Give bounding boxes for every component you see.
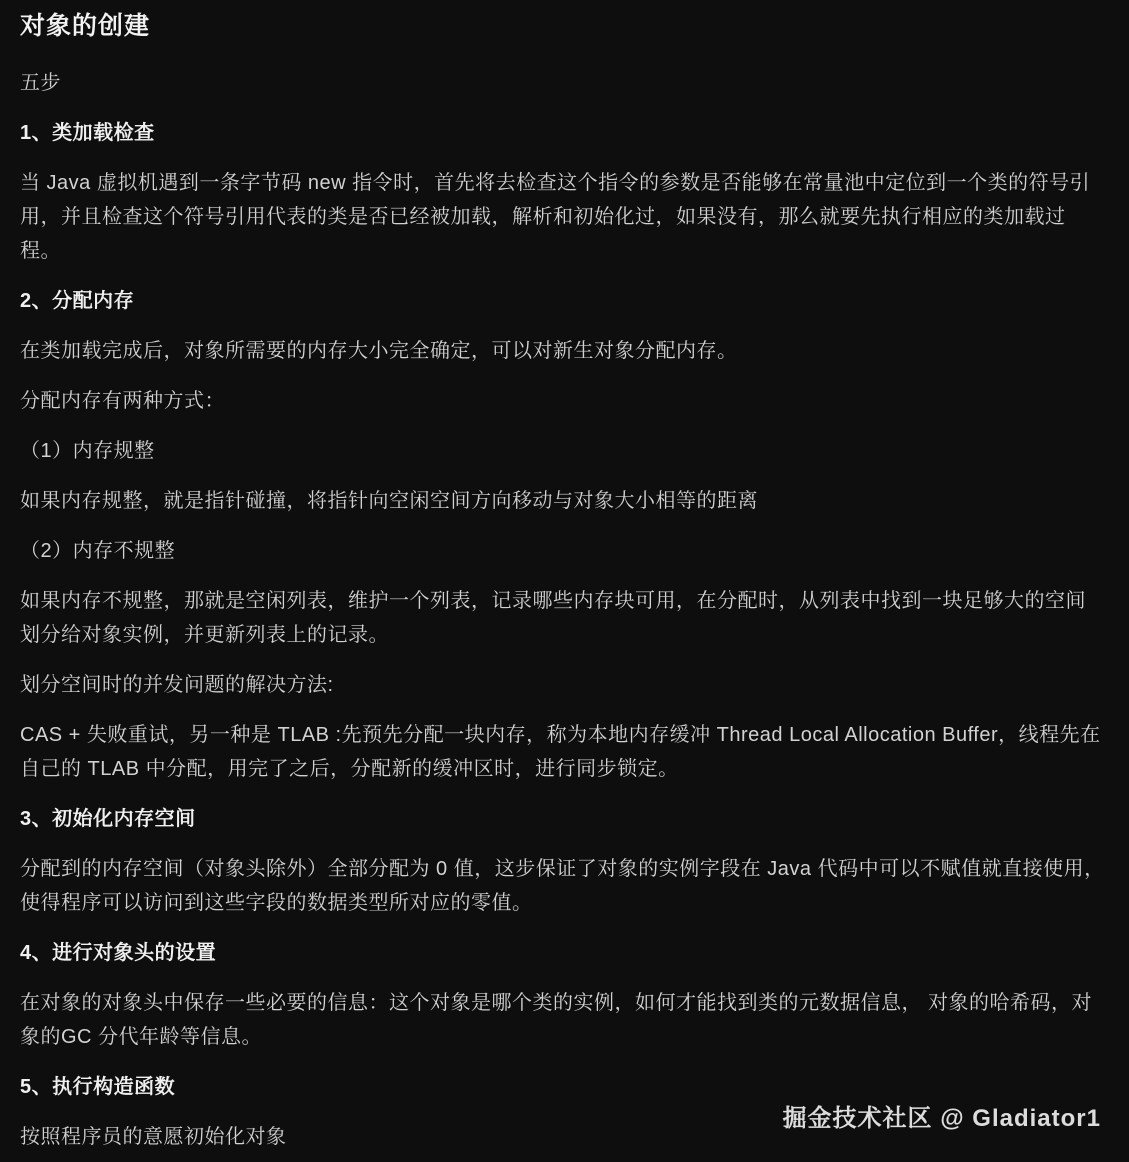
document-page: 对象的创建 五步 1、类加载检查 当 Java 虚拟机遇到一条字节码 new 指… — [0, 0, 1129, 1162]
paragraph: 如果内存不规整，那就是空闲列表，维护一个列表，记录哪些内存块可用，在分配时，从列… — [20, 584, 1105, 652]
paragraph: （2）内存不规整 — [20, 534, 1105, 568]
paragraph: 当 Java 虚拟机遇到一条字节码 new 指令时，首先将去检查这个指令的参数是… — [20, 166, 1105, 268]
paragraph: 分配到的内存空间（对象头除外）全部分配为 0 值，这步保证了对象的实例字段在 J… — [20, 852, 1105, 920]
subtitle: 五步 — [20, 66, 1105, 100]
paragraph: 在对象的对象头中保存一些必要的信息：这个对象是哪个类的实例，如何才能找到类的元数… — [20, 986, 1105, 1054]
watermark: 掘金技术社区 @ Gladiator1 — [783, 1102, 1101, 1136]
paragraph: 划分空间时的并发问题的解决方法: — [20, 668, 1105, 702]
section-heading-class-load-check: 1、类加载检查 — [20, 116, 1105, 150]
section-heading-object-header: 4、进行对象头的设置 — [20, 936, 1105, 970]
paragraph: （1）内存规整 — [20, 434, 1105, 468]
paragraph: 如果内存规整，就是指针碰撞，将指针向空闲空间方向移动与对象大小相等的距离 — [20, 484, 1105, 518]
paragraph: 在类加载完成后，对象所需要的内存大小完全确定，可以对新生对象分配内存。 — [20, 334, 1105, 368]
page-title: 对象的创建 — [20, 8, 1105, 44]
paragraph: CAS + 失败重试，另一种是 TLAB :先预先分配一块内存，称为本地内存缓冲… — [20, 718, 1105, 786]
paragraph: 分配内存有两种方式： — [20, 384, 1105, 418]
section-heading-allocate-memory: 2、分配内存 — [20, 284, 1105, 318]
section-heading-constructor: 5、执行构造函数 — [20, 1070, 1105, 1104]
section-heading-init-memory: 3、初始化内存空间 — [20, 802, 1105, 836]
